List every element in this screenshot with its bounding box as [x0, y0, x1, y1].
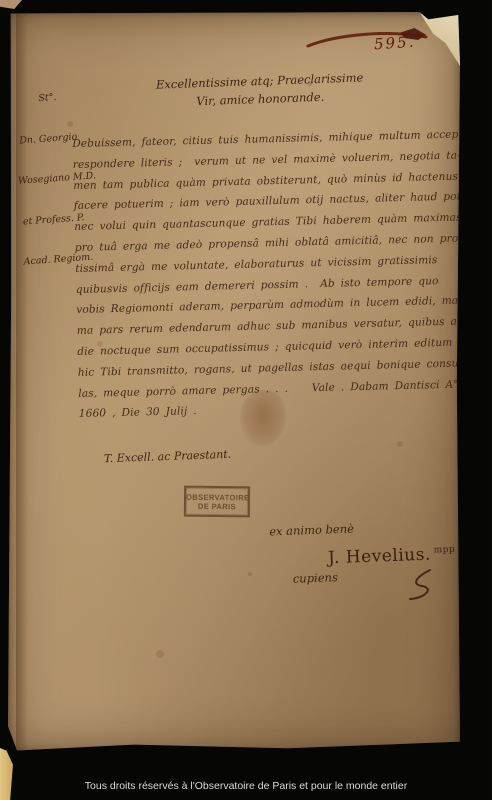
subscription-line: T. Excell. ac Praestant. [104, 448, 232, 465]
signature: J. Hevelius.mpp [328, 544, 456, 568]
signature-mpp: mpp [433, 545, 455, 556]
stamp-line: DE PARIS [186, 501, 248, 511]
annotation-line: ex animo benè [269, 521, 354, 540]
foxing-spots [8, 12, 12, 16]
stamp-line: OBSERVATOIRE [186, 492, 248, 502]
margin-note-line: St°. [38, 88, 91, 105]
salutation: Excellentissime atq; Praeclarissime Vir,… [119, 67, 400, 113]
copyright-footer: Tous droits réservés à l'Observatoire de… [0, 780, 492, 792]
paper-sliver-top-left [0, 0, 22, 9]
observatoire-de-paris-stamp: OBSERVATOIRE DE PARIS [184, 486, 250, 518]
paper-tab-bottom-left [0, 748, 13, 800]
letter-page: 595. St°. Dn. Georgio Wosegiano M.D. et … [8, 12, 460, 752]
folio-number: 595. [373, 33, 416, 54]
signature-name: J. Hevelius. [328, 545, 431, 569]
manuscript-scan: 595. St°. Dn. Georgio Wosegiano M.D. et … [0, 0, 492, 800]
letter-body: Debuissem, fateor, citius tuis humanissi… [72, 124, 460, 425]
signature-paraph-icon [400, 568, 440, 602]
annotation-line: cupiens [293, 569, 356, 587]
